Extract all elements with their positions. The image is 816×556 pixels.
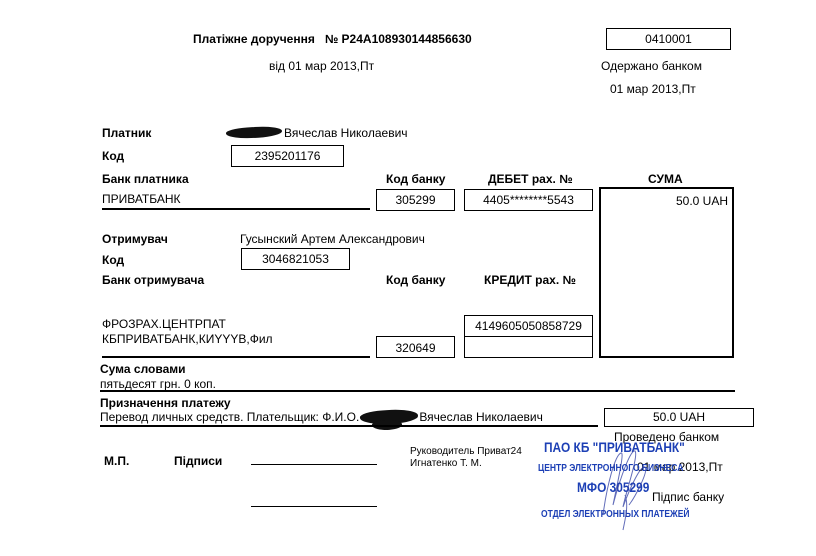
- recipient-code-label: Код: [102, 253, 124, 267]
- payer-bank-underline: [102, 208, 370, 210]
- credit-account-box: 4149605050858729: [464, 315, 593, 337]
- amount-value: 50.0 UAH: [676, 194, 728, 208]
- redaction-mark: [226, 125, 283, 140]
- bank-signature-label: Підпис банку: [652, 490, 724, 504]
- purpose-underline: [100, 425, 598, 427]
- payer-code-label: Код: [102, 149, 124, 163]
- debit-account-box: 4405********5543: [464, 189, 593, 211]
- purpose-amount-box: 50.0 UAH: [604, 408, 754, 427]
- amount-box: 50.0 UAH: [599, 187, 734, 358]
- payer-bank-name: ПРИВАТБАНК: [102, 192, 181, 206]
- received-label: Одержано банком: [601, 59, 702, 73]
- signature-line-1: [251, 464, 377, 465]
- debit-label: ДЕБЕТ рах. №: [488, 172, 573, 186]
- signatures-label: Підписи: [174, 454, 222, 468]
- handwritten-signature-icon: [595, 445, 655, 535]
- payer-bank-code-box: 305299: [376, 189, 455, 211]
- document-title: Платіжне доручення № P24A108930144856630: [193, 32, 472, 46]
- payer-name: Вячеслав Николаевич: [284, 126, 408, 140]
- amount-label: СУМА: [648, 172, 683, 186]
- amount-words-label: Сума словами: [100, 362, 186, 376]
- credit-label: КРЕДИТ рах. №: [484, 273, 576, 287]
- recipient-bank-name-line1: ФРОЗРАХ.ЦЕНТРПАТ: [102, 317, 226, 331]
- purpose-text: Перевод личных средств. Плательщик: Ф.И.…: [100, 410, 543, 424]
- signature-line-2: [251, 506, 377, 507]
- purpose-text-prefix: Перевод личных средств. Плательщик: Ф.И.…: [100, 410, 359, 424]
- payer-label: Платник: [102, 126, 151, 140]
- amount-words-underline: [100, 390, 735, 392]
- purpose-label: Призначення платежу: [100, 396, 231, 410]
- recipient-bank-underline: [102, 356, 370, 358]
- document-number: № P24A108930144856630: [325, 32, 472, 46]
- recipient-bank-code-label: Код банку: [386, 273, 445, 287]
- received-date: 01 мар 2013,Пт: [610, 82, 696, 96]
- mp-label: М.П.: [104, 454, 129, 468]
- payer-code-box: 2395201176: [231, 145, 344, 167]
- recipient-bank-label: Банк отримувача: [102, 273, 204, 287]
- credit-account-empty-box: [464, 336, 593, 358]
- purpose-text-suffix: Вячеслав Николаевич: [419, 410, 543, 424]
- title-text: Платіжне доручення: [193, 32, 315, 46]
- recipient-bank-name-line2: КБПРИВАТБАНК,КИYYYB,Фил: [102, 332, 273, 346]
- form-code-box: 0410001: [606, 28, 731, 50]
- amount-words-value: пятьдесят грн. 0 коп.: [100, 377, 216, 391]
- recipient-label: Отримувач: [102, 232, 168, 246]
- payer-bank-label: Банк платника: [102, 172, 189, 186]
- recipient-name: Гусынский Артем Александрович: [240, 232, 425, 246]
- signer-title: Руководитель Приват24: [410, 446, 522, 457]
- document-date: від 01 мар 2013,Пт: [269, 59, 374, 73]
- recipient-code-box: 3046821053: [241, 248, 350, 270]
- signer-name: Игнатенко Т. М.: [410, 458, 482, 469]
- recipient-bank-code-box: 320649: [376, 336, 455, 358]
- payer-bank-code-label: Код банку: [386, 172, 445, 186]
